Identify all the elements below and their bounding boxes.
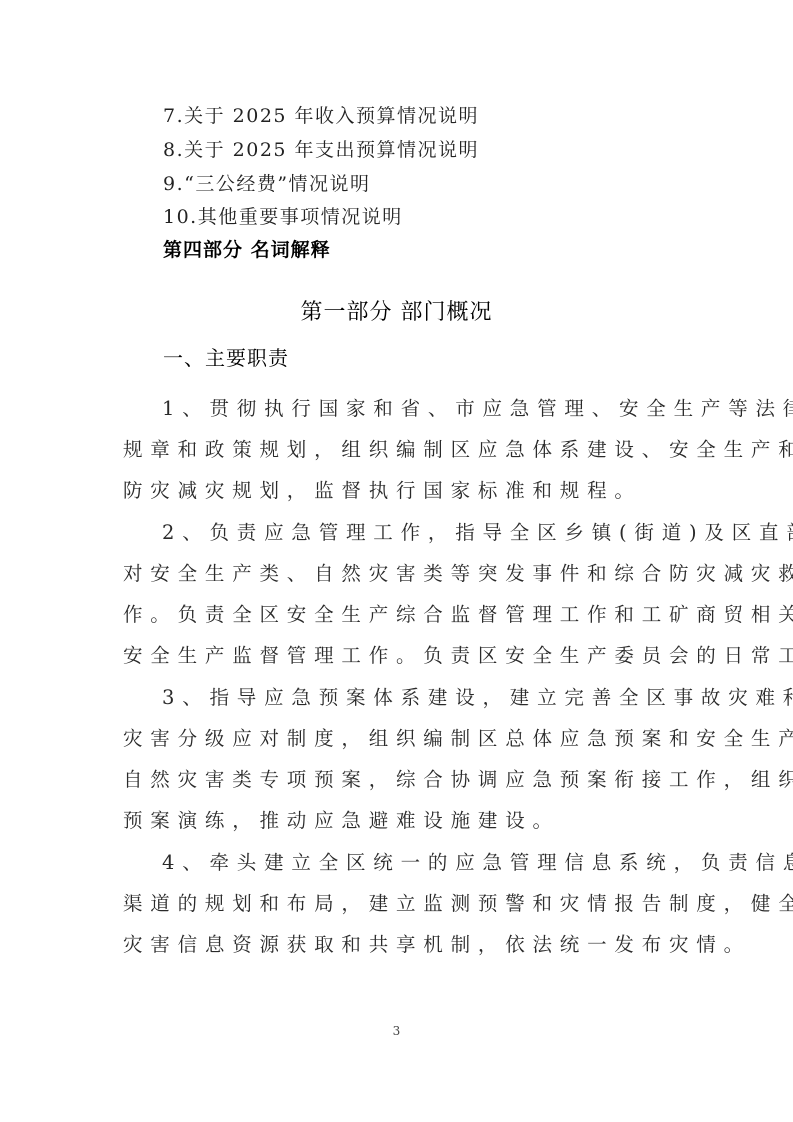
toc-item-8: 8.关于 2025 年支出预算情况说明 bbox=[163, 138, 479, 162]
toc-item-7: 7.关于 2025 年收入预算情况说明 bbox=[163, 104, 479, 128]
toc-part4-heading: 第四部分 名词解释 bbox=[163, 238, 331, 262]
document-page: 7.关于 2025 年收入预算情况说明 8.关于 2025 年支出预算情况说明 … bbox=[0, 0, 793, 1122]
paragraph-line: 灾害分级应对制度，组织编制区总体应急预案和安全生产类、 bbox=[123, 726, 698, 752]
paragraph-line: 灾害信息资源获取和共享机制，依法统一发布灾情。 bbox=[123, 932, 698, 958]
paragraph-line: 自然灾害类专项预案，综合协调应急预案衔接工作，组织开展 bbox=[123, 767, 698, 793]
paragraph-line: 安全生产监督管理工作。负责区安全生产委员会的日常工作。 bbox=[123, 643, 698, 669]
paragraph-line: 2、负责应急管理工作，指导全区乡镇(街道)及区直部门应 bbox=[162, 520, 737, 546]
paragraph-line: 防灾减灾规划，监督执行国家标准和规程。 bbox=[123, 478, 698, 504]
part1-title: 第一部分 部门概况 bbox=[0, 298, 793, 328]
paragraph-line: 1、贯彻执行国家和省、市应急管理、安全生产等法律法规 bbox=[162, 396, 737, 422]
toc-item-9: 9.“三公经费”情况说明 bbox=[163, 172, 371, 196]
paragraph-line: 作。负责全区安全生产综合监督管理工作和工矿商贸相关行业 bbox=[123, 602, 698, 628]
paragraph-line: 对安全生产类、自然灾害类等突发事件和综合防灾减灾救灾工 bbox=[123, 561, 698, 587]
paragraph-line: 4、牵头建立全区统一的应急管理信息系统，负责信息传输 bbox=[162, 850, 737, 876]
toc-item-10: 10.其他重要事项情况说明 bbox=[163, 205, 403, 229]
paragraph-line: 渠道的规划和布局，建立监测预警和灾情报告制度，健全自然 bbox=[123, 891, 698, 917]
paragraph-line: 预案演练，推动应急避难设施建设。 bbox=[123, 808, 698, 834]
paragraph-line: 规章和政策规划，组织编制区应急体系建设、安全生产和综合 bbox=[123, 437, 698, 463]
paragraph-line: 3、指导应急预案体系建设，建立完善全区事故灾难和自然 bbox=[162, 685, 737, 711]
section-title-main-duties: 一、主要职责 bbox=[163, 344, 289, 372]
page-number: 3 bbox=[0, 1024, 793, 1038]
